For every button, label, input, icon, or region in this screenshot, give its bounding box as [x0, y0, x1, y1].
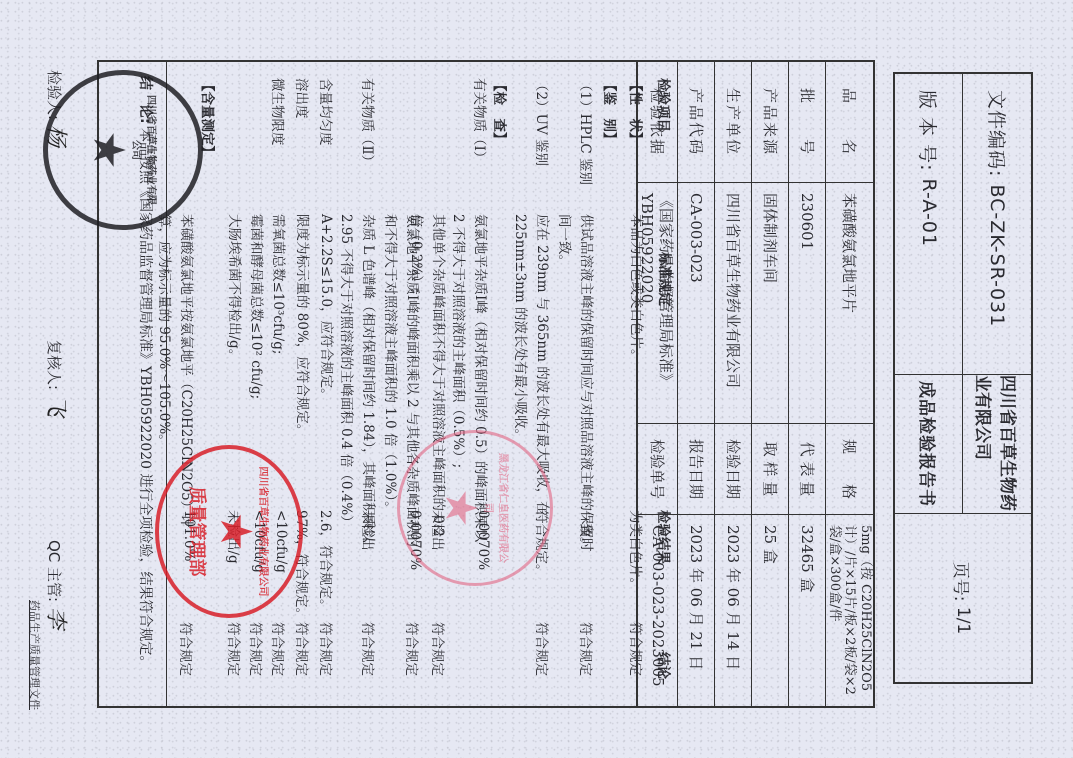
- qc-supervisor: QC 主管: 李: [42, 540, 73, 629]
- cell-standard: 杂质 L 色谱峰（相对保留时间约 1.84），其峰面积乘以 2.95 不得大于对…: [335, 214, 379, 554]
- info-label: 产品来源: [752, 61, 789, 183]
- cell-result: 2.6，符合规定。: [317, 510, 337, 612]
- info-row: 批 号230601代 表 量32465 盒: [789, 61, 826, 707]
- info-value: 2023 年 06 月 14 日: [715, 515, 752, 708]
- cell-conclusion: 符合规定: [177, 622, 197, 676]
- info-row: 品 名苯磺酸氨氯地平片规 格5mg（按 C20H25ClN2O5 计）/片×15…: [826, 61, 874, 707]
- page-number: 页号: 1/1: [895, 514, 1031, 682]
- cell-item: 溶出度: [293, 78, 313, 119]
- cell-conclusion: 符合规定: [293, 622, 313, 676]
- info-label: 批 号: [789, 61, 826, 183]
- cell-item: 有关物质（Ⅱ）: [359, 78, 379, 168]
- version: 版 本 号: R-A-01: [895, 74, 963, 374]
- info-label: 检验日期: [715, 424, 752, 515]
- cell-item: 微生物限度: [269, 78, 289, 146]
- footnote: 药品生产质量管理文件: [27, 600, 43, 710]
- cell-conclusion: 符合规定: [533, 622, 553, 676]
- cell-item: （1）HPLC 鉴别: [577, 78, 597, 185]
- report-title: 成品检验报告书: [895, 375, 963, 513]
- cell-conclusion: 符合规定: [429, 622, 449, 676]
- quality-dept-stamp: 四川省百草生物药业有限公司 ★ 质量管理部: [155, 445, 303, 618]
- pink-company-stamp: 黑龙江省仁皇医药有限公司 ★: [397, 430, 553, 586]
- info-value: 苯磺酸氨氯地平片: [826, 183, 874, 424]
- info-value: 固体制剂车间: [752, 183, 789, 424]
- info-value: 32465 盒: [789, 515, 826, 708]
- star-icon: ★: [214, 512, 258, 551]
- cell-result: 一致。: [577, 510, 597, 551]
- cell-conclusion: 符合规定: [577, 622, 597, 676]
- cell-item: （2）UV 鉴别: [533, 78, 553, 166]
- cell-conclusion: 符合规定: [359, 622, 379, 676]
- cell-conclusion: 符合规定: [225, 622, 245, 676]
- info-row: 生产单位四川省百草生物药业有限公司检验日期2023 年 06 月 14 日: [715, 61, 752, 707]
- section-heading: 【性 状】: [627, 78, 647, 146]
- report-header: 文件编码: BC-ZK-SR-031 版 本 号: R-A-01 四川省百草生物…: [893, 72, 1033, 684]
- info-value: 25 盒: [752, 515, 789, 708]
- cell-result: 为类白色片。: [627, 510, 647, 591]
- info-row: 产品来源固体制剂车间取 样 量25 盒: [752, 61, 789, 707]
- reviewer: 复核人: 飞: [42, 340, 73, 417]
- info-value: 四川省百草生物药业有限公司: [715, 183, 752, 424]
- cell-conclusion: 符合规定: [247, 622, 267, 676]
- info-label: 代 表 量: [789, 424, 826, 515]
- cell-standard: 本品为白色或类白色片。: [625, 214, 647, 554]
- cell-conclusion: 符合规定: [269, 622, 289, 676]
- star-icon: ★: [86, 130, 130, 169]
- cell-standard: 供试品溶液主峰的保留时间应与对照品溶液主峰的保留时间一致。: [553, 214, 597, 554]
- section-heading: 【检 查】: [491, 78, 511, 146]
- info-value: 5mg（按 C20H25ClN2O5 计）/片×15片/板×2板/袋×2袋/盒×…: [826, 515, 874, 708]
- info-label: 取 样 量: [752, 424, 789, 515]
- info-label: 生产单位: [715, 61, 752, 183]
- info-value: 230601: [789, 183, 826, 424]
- cell-result: 未检出: [359, 510, 379, 551]
- company-name: 四川省百草生物药业有限公司: [963, 375, 1032, 513]
- cell-standard: A+2.2S≤15.0，应符合规定。: [315, 214, 337, 554]
- cell-item: 含量均匀度: [317, 78, 337, 146]
- cell-conclusion: 符合规定: [627, 622, 647, 676]
- cell-conclusion: 符合规定: [317, 622, 337, 676]
- inspection-seal: 四川省百草生物药业有限公司 ★: [43, 70, 203, 230]
- inspection-report-page: 文件编码: BC-ZK-SR-031 版 本 号: R-A-01 四川省百草生物…: [0, 0, 1073, 758]
- doc-code: 文件编码: BC-ZK-SR-031: [963, 74, 1032, 374]
- info-label: 品 名: [826, 61, 874, 183]
- info-label: 规 格: [826, 424, 874, 515]
- star-icon: ★: [438, 488, 482, 527]
- section-heading: 【鉴 别】: [601, 78, 621, 146]
- cell-conclusion: 符合规定: [403, 622, 423, 676]
- cell-item: 有关物质（Ⅰ）: [471, 78, 491, 164]
